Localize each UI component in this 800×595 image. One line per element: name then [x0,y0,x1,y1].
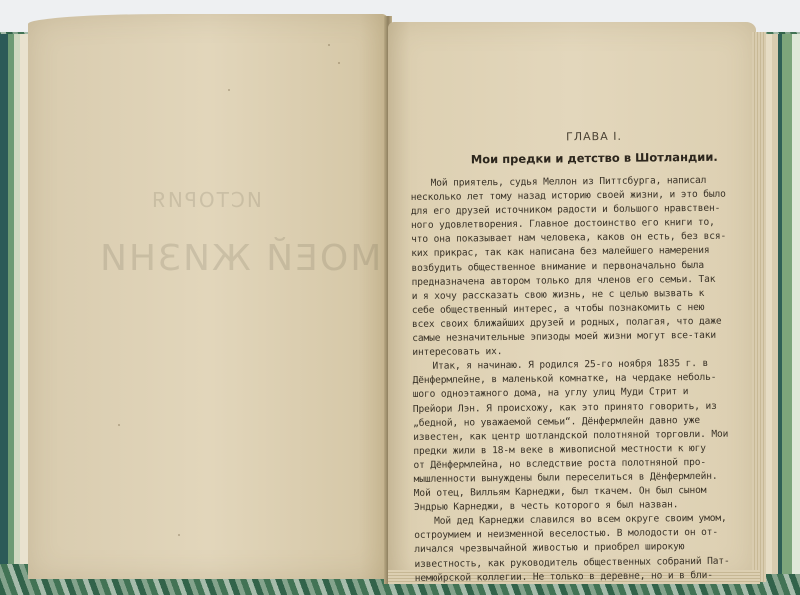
show-through-title-2: МОЕЙ ЖИЗНИ [98,238,381,279]
chapter-text: ГЛАВА I. Мои предки и детство в Шотланди… [410,128,775,585]
book-photo: ИСТОРИЯ МОЕЙ ЖИЗНИ ГЛАВА I. Мои предки и… [0,0,800,595]
chapter-title: Мои предки и детство в Шотландии. [410,149,770,167]
left-page [28,14,388,579]
show-through-title-1: ИСТОРИЯ [150,188,262,212]
body-text: Мой приятель, судья Меллон из Питтсбурга… [410,173,774,585]
chapter-label: ГЛАВА I. [410,128,770,145]
